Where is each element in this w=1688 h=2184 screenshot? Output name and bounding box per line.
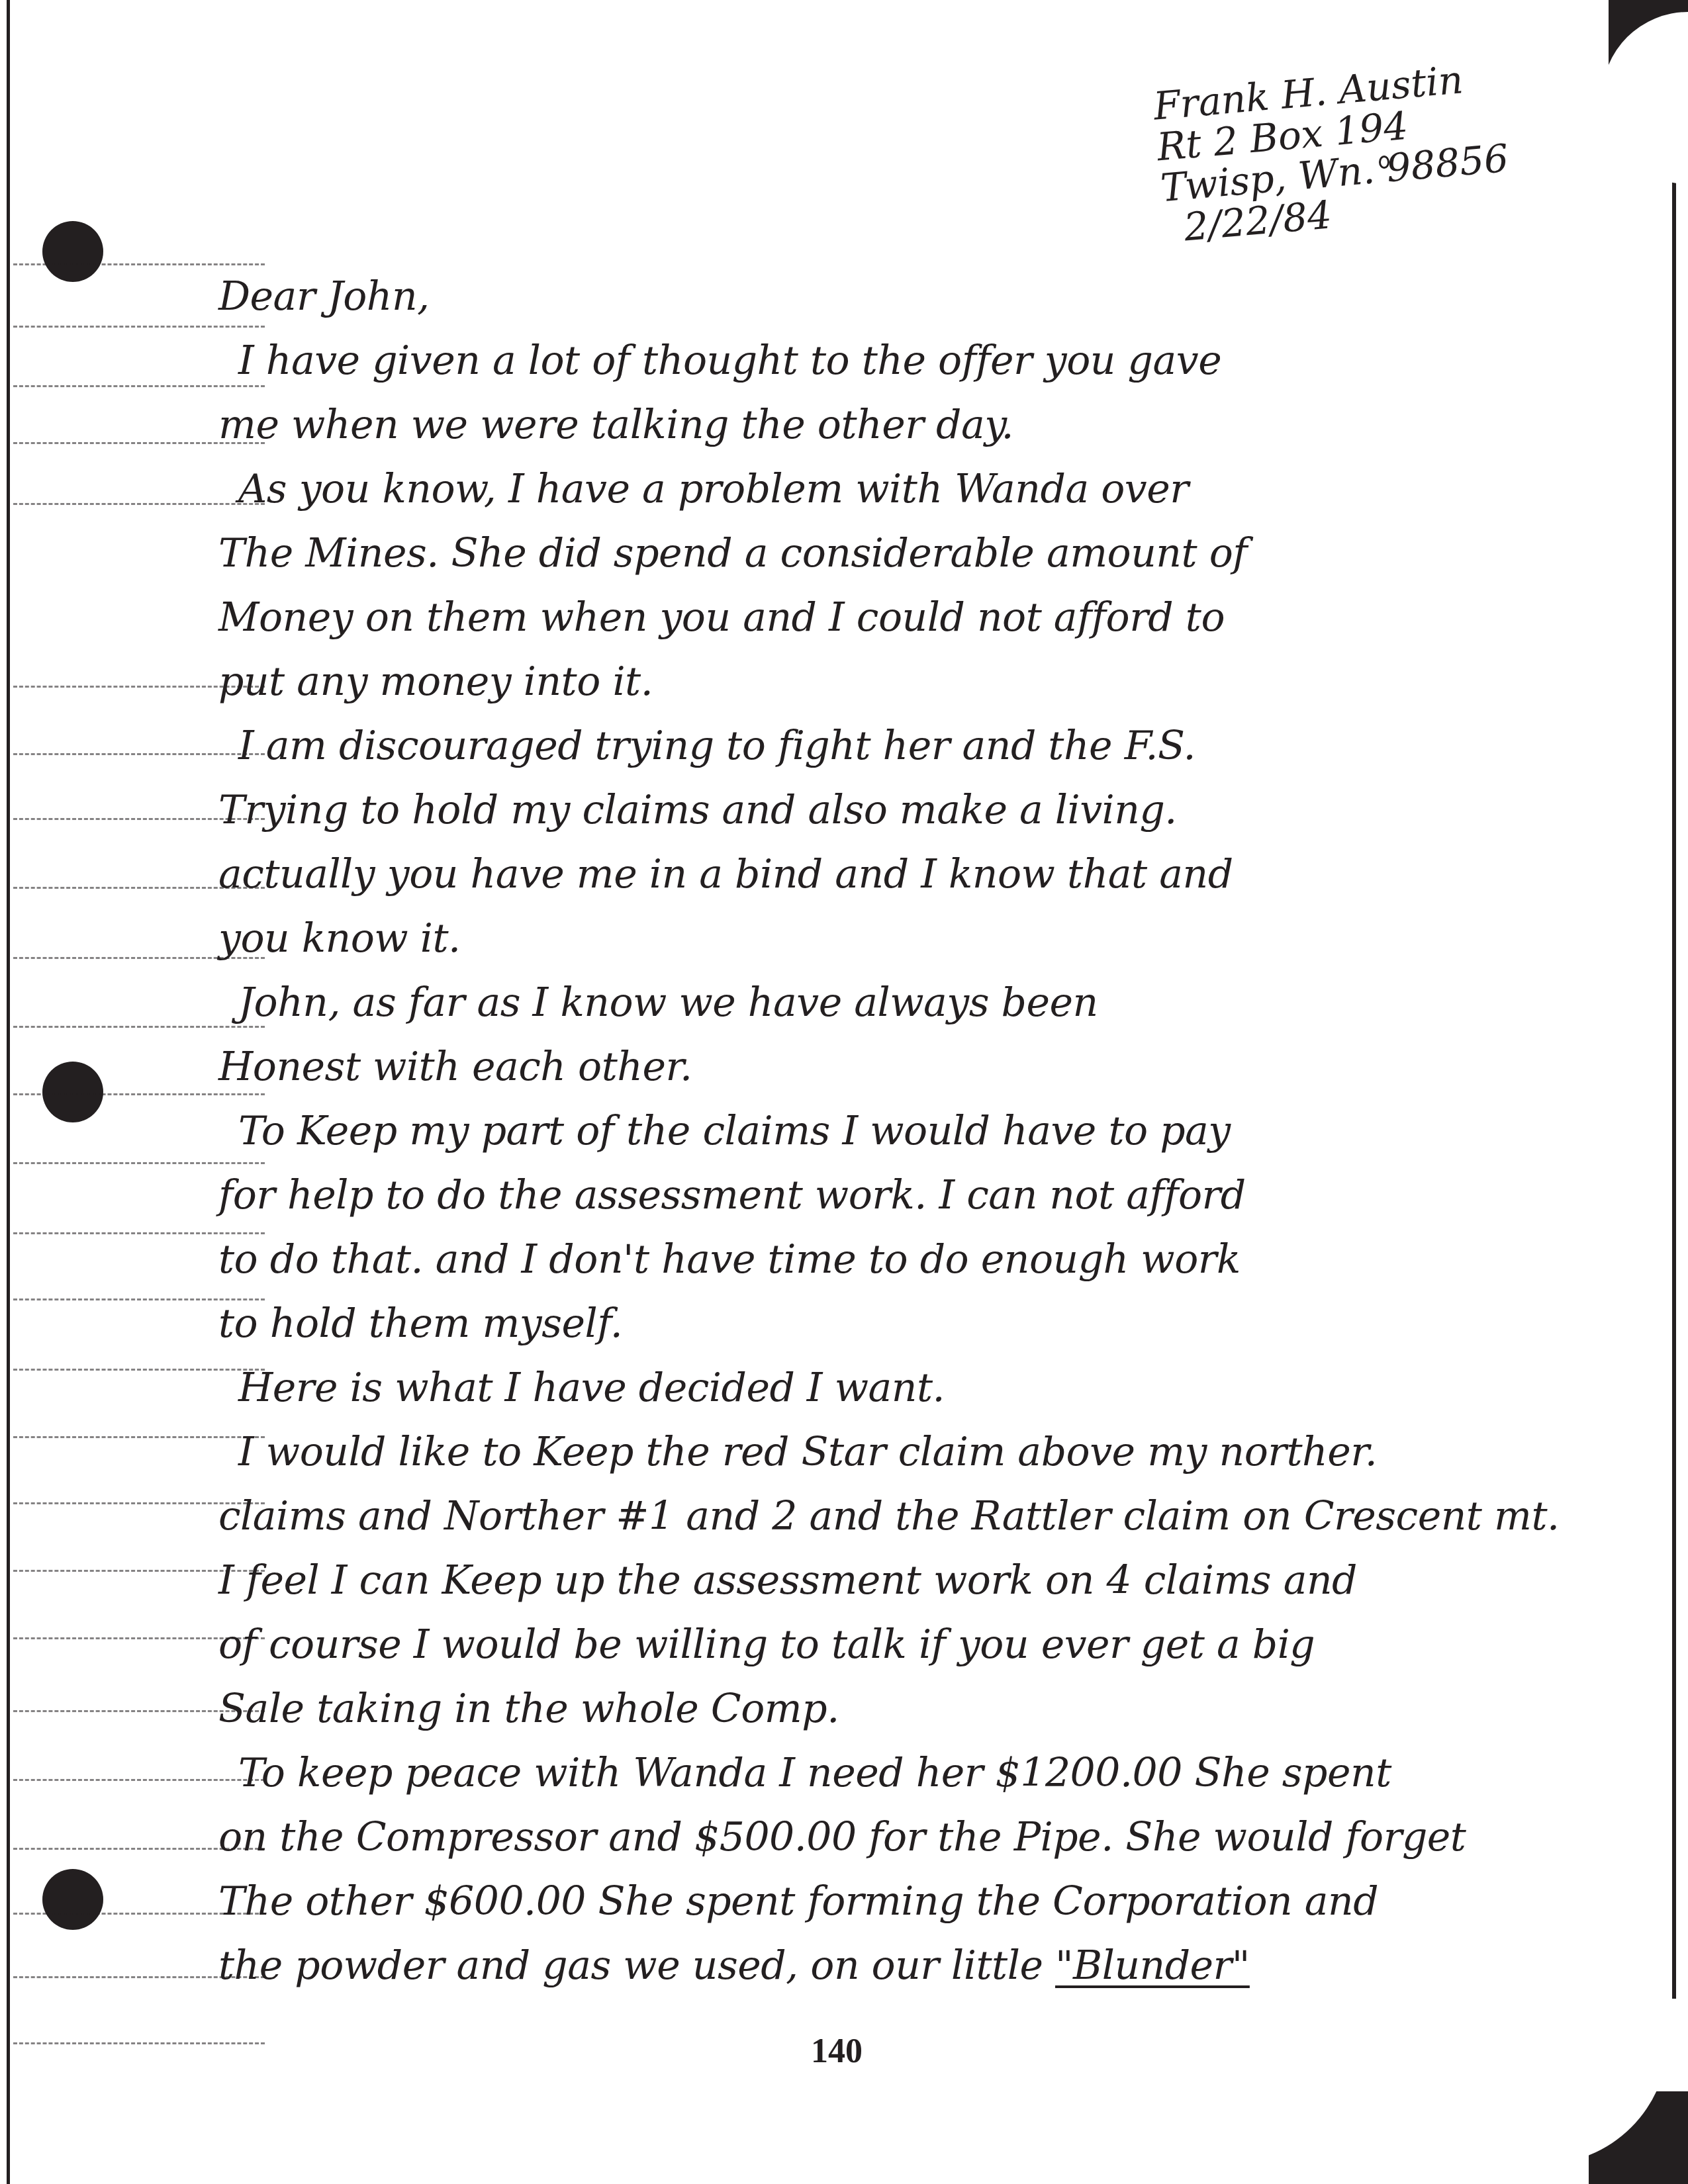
letter-page: Frank H. Austin Rt 2 Box 194 Twisp, Wn. … bbox=[0, 0, 1688, 2184]
hole-punch-top bbox=[42, 221, 103, 282]
body-lines: I have given a lot of thought to the off… bbox=[218, 329, 1569, 1998]
body-line: claims and Norther #1 and 2 and the Ratt… bbox=[218, 1484, 1569, 1549]
hole-punch-bottom bbox=[42, 1869, 103, 1930]
body-line: I feel I can Keep up the assessment work… bbox=[218, 1549, 1569, 1613]
body-line: I would like to Keep the red Star claim … bbox=[218, 1420, 1569, 1484]
emphasized-word: "Blunder" bbox=[1055, 1942, 1250, 1989]
body-line: to do that. and I don't have time to do … bbox=[218, 1228, 1569, 1292]
letter-body: Dear John, I have given a lot of thought… bbox=[218, 265, 1569, 1998]
body-line: put any money into it. bbox=[218, 650, 1569, 714]
body-line: Trying to hold my claims and also make a… bbox=[218, 778, 1569, 842]
ruled-line bbox=[13, 2042, 265, 2044]
page-right-edge bbox=[1672, 79, 1676, 1999]
body-line: Sale taking in the whole Comp. bbox=[218, 1677, 1569, 1741]
body-line: actually you have me in a bind and I kno… bbox=[218, 842, 1569, 907]
body-line: To Keep my part of the claims I would ha… bbox=[218, 1099, 1569, 1163]
body-line: Here is what I have decided I want. bbox=[218, 1356, 1569, 1420]
body-line: The other $600.00 She spent forming the … bbox=[218, 1870, 1569, 1934]
salutation: Dear John, bbox=[218, 265, 1569, 329]
body-line: on the Compressor and $500.00 for the Pi… bbox=[218, 1805, 1569, 1870]
body-line: As you know, I have a problem with Wanda… bbox=[218, 457, 1569, 522]
page-left-edge bbox=[7, 0, 10, 2184]
body-line: me when we were talking the other day. bbox=[218, 393, 1569, 457]
body-line: I am discouraged trying to fight her and… bbox=[218, 714, 1569, 778]
body-line: for help to do the assessment work. I ca… bbox=[218, 1163, 1569, 1228]
body-line: Money on them when you and I could not a… bbox=[218, 586, 1569, 650]
body-line: Honest with each other. bbox=[218, 1035, 1569, 1099]
body-line: the powder and gas we used, on our littl… bbox=[218, 1934, 1569, 1998]
body-line: of course I would be willing to talk if … bbox=[218, 1613, 1569, 1677]
body-line: The Mines. She did spend a considerable … bbox=[218, 522, 1569, 586]
stray-mark bbox=[1379, 156, 1389, 169]
hole-punch-middle bbox=[42, 1062, 103, 1122]
body-line: to hold them myself. bbox=[218, 1292, 1569, 1356]
scan-corner-top-right bbox=[1609, 0, 1688, 93]
body-line: I have given a lot of thought to the off… bbox=[218, 329, 1569, 393]
body-line: you know it. bbox=[218, 907, 1569, 971]
scan-corner-bottom-right bbox=[1589, 2091, 1688, 2184]
body-line: To keep peace with Wanda I need her $120… bbox=[218, 1741, 1569, 1805]
page-number: 140 bbox=[811, 2032, 863, 2071]
sender-header: Frank H. Austin Rt 2 Box 194 Twisp, Wn. … bbox=[1152, 46, 1628, 250]
body-line: John, as far as I know we have always be… bbox=[218, 971, 1569, 1035]
